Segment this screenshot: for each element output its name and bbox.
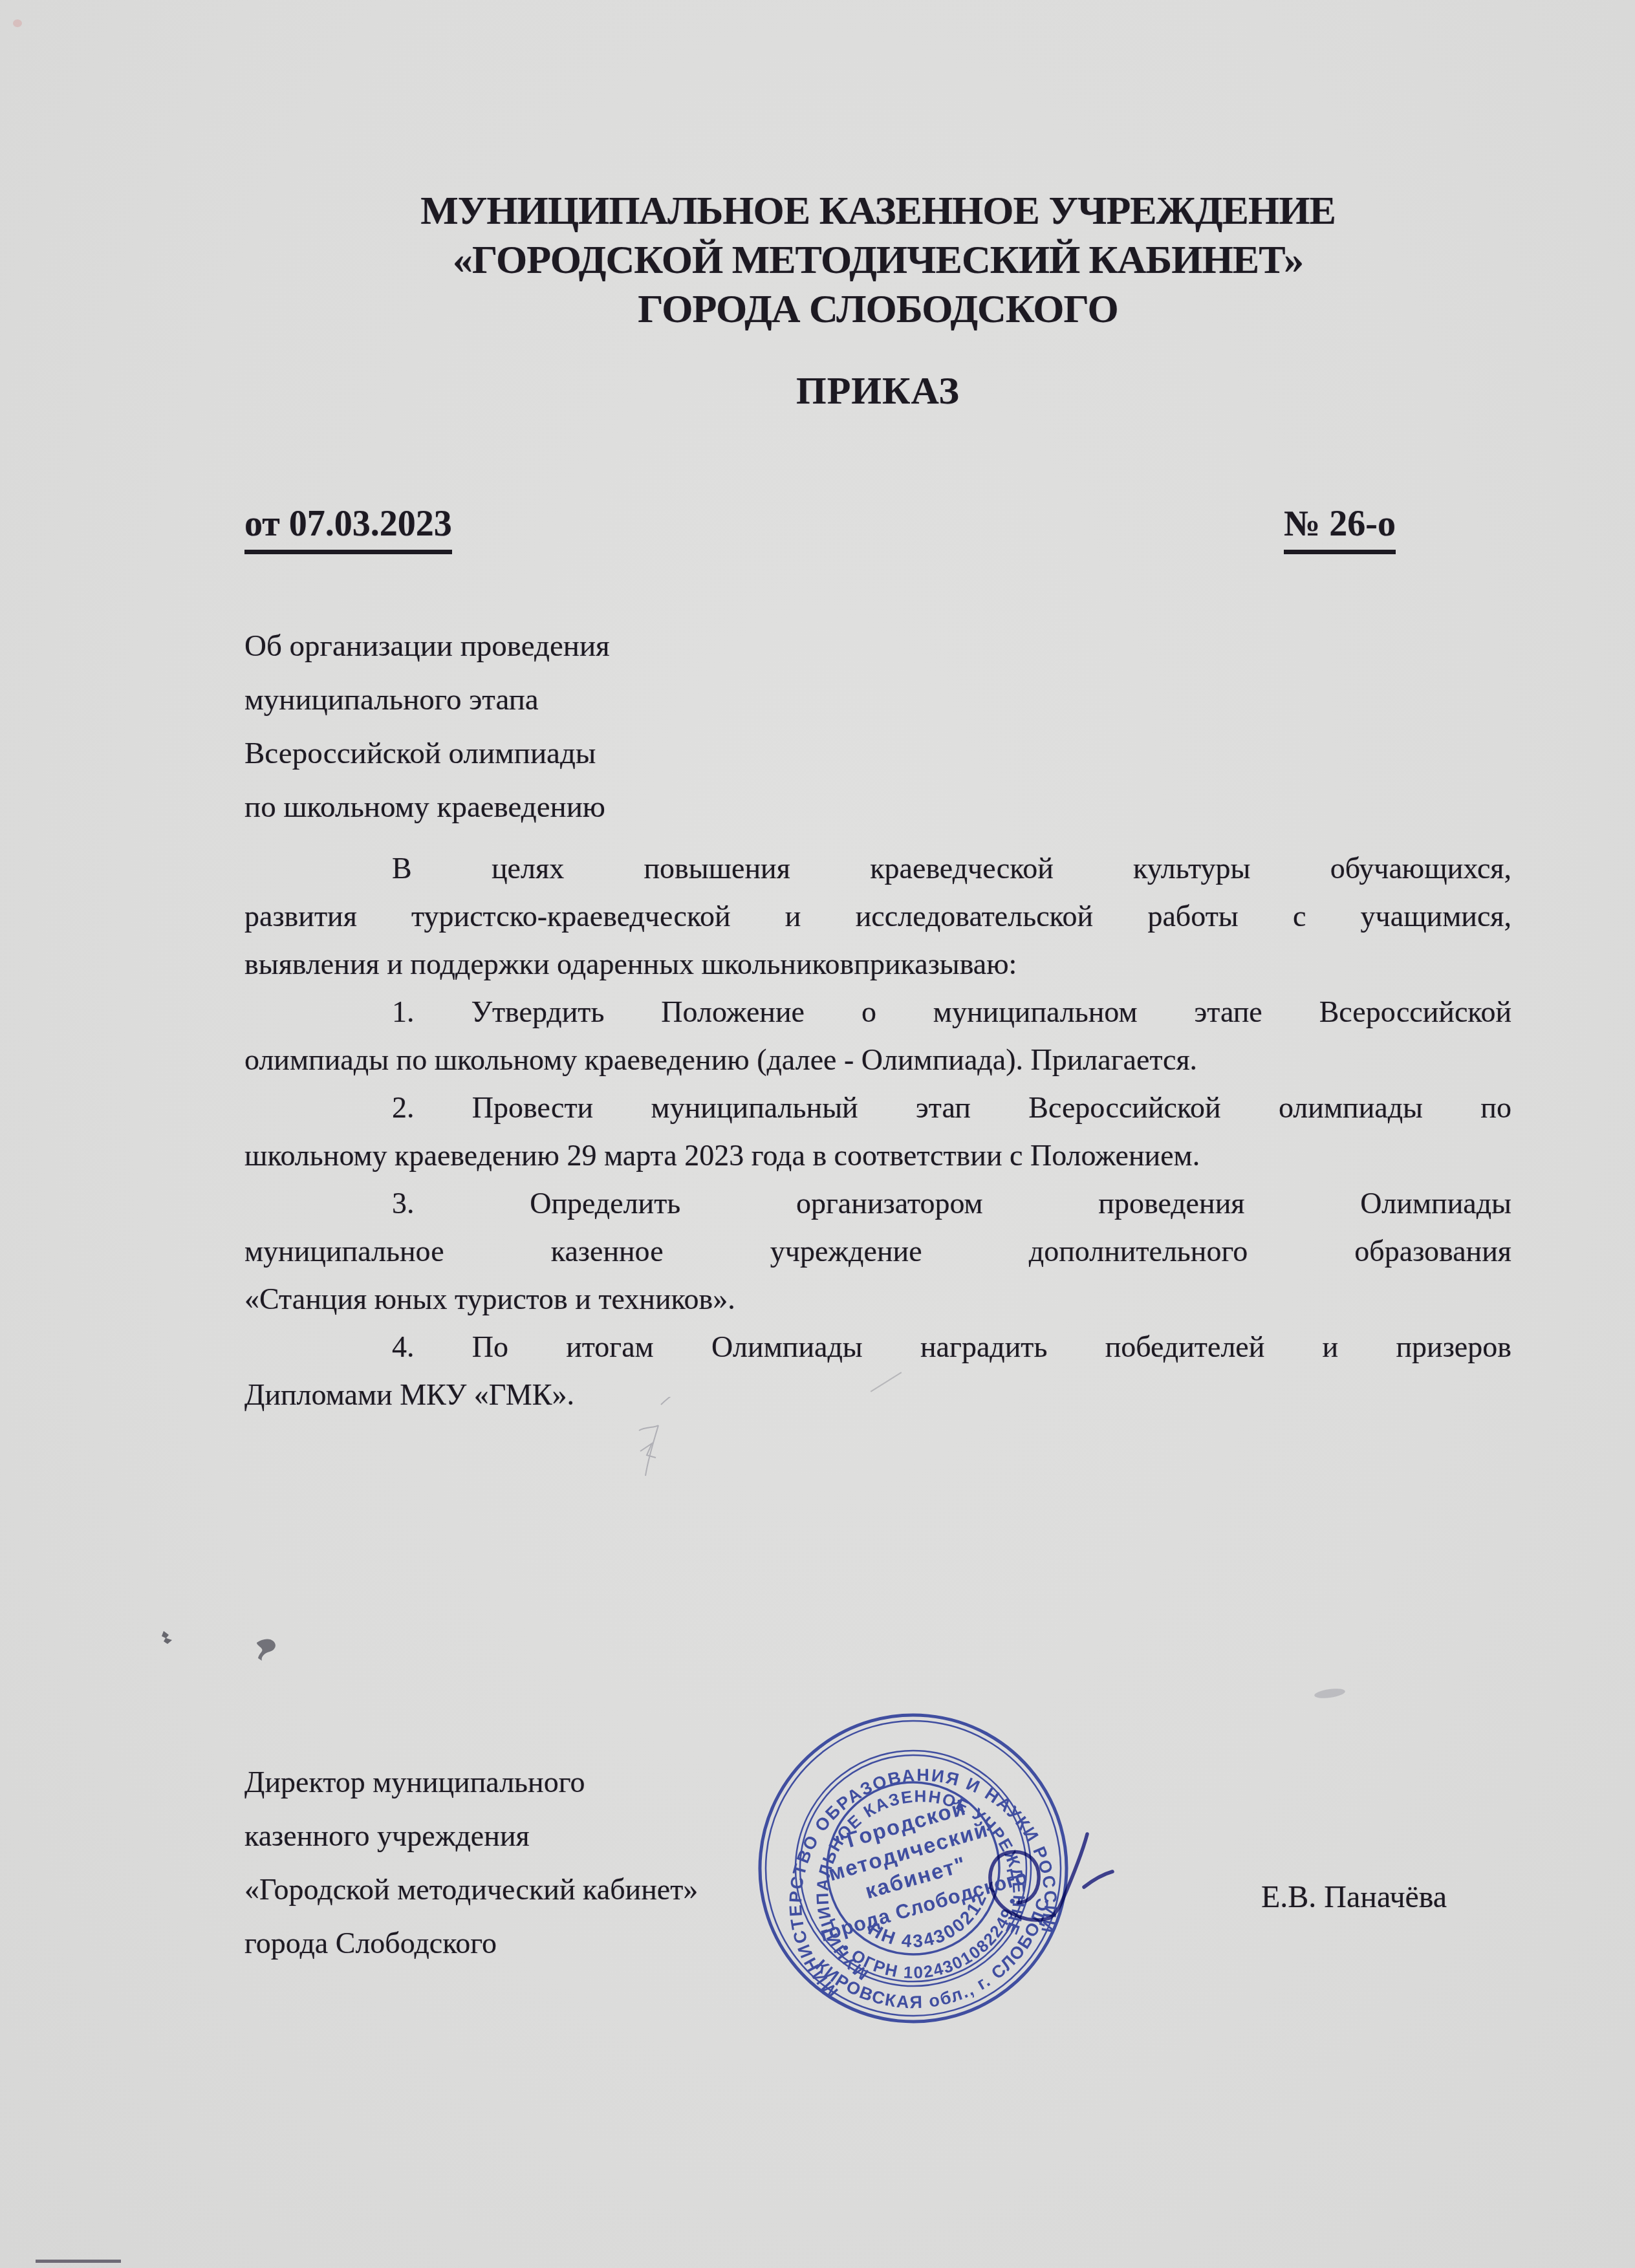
ink-speck-artifact [152,1625,191,1657]
org-name-line3: ГОРОДА СЛОБОДСКОГО [244,285,1511,334]
body-line: В целях повышения краеведческой культуры… [244,845,1511,892]
body-line: муниципальное казенное учреждение дополн… [244,1227,1511,1275]
body-line: 2. Провести муниципальный этап Всероссий… [244,1084,1511,1132]
body-line: развития туристско-краеведческой и иссле… [244,892,1511,940]
organization-header: МУНИЦИПАЛЬНОЕ КАЗЕННОЕ УЧРЕЖДЕНИЕ «ГОРОД… [244,186,1511,334]
order-body: В целях повышения краеведческой культуры… [244,845,1511,1419]
subject-line: Всероссийской олимпиады [244,727,1150,781]
signature-main-stroke [1049,1834,1087,1918]
scan-corner-smudge [13,19,22,27]
scan-edge-artifact [36,2260,121,2263]
body-line: школьному краеведению 29 марта 2023 года… [244,1132,1511,1180]
subject-line: Об организации проведения [244,620,1150,673]
scan-smudge-artifact [1314,1687,1345,1700]
handwritten-signature [951,1804,1145,1947]
ink-speck-artifact [249,1631,288,1667]
order-date: от 07.03.2023 [244,503,452,554]
body-line: олимпиады по школьному краеведению (дале… [244,1036,1511,1084]
order-number-text: № 26-о [1284,503,1396,554]
order-subject: Об организации проведения муниципального… [244,620,1150,834]
scanned-order-document: МУНИЦИПАЛЬНОЕ КАЗЕННОЕ УЧРЕЖДЕНИЕ «ГОРОД… [0,0,1635,2268]
signature-loop-stroke [990,1852,1049,1919]
signature-dash-stroke [1084,1872,1112,1887]
order-date-text: от 07.03.2023 [244,503,452,554]
body-line: 4. По итогам Олимпиады наградить победит… [244,1323,1511,1371]
body-line: выявления и поддержки одаренных школьник… [244,940,1511,988]
signatory-name: Е.В. Паначёва [1261,1879,1447,1915]
pencil-squiggle-artifact [621,1397,679,1494]
body-line: 3. Определить организатором проведения О… [244,1180,1511,1227]
document-type-title: ПРИКАЗ [244,369,1511,413]
body-line: Дипломами МКУ «ГМК». [244,1371,1511,1419]
body-line: «Станция юных туристов и техников». [244,1275,1511,1323]
body-line: 1. Утвердить Положение о муниципальном э… [244,988,1511,1036]
subject-line: муниципального этапа [244,673,1150,727]
subject-line: по школьному краеведению [244,781,1150,834]
order-number: № 26-о [1284,503,1396,554]
org-name-line1: МУНИЦИПАЛЬНОЕ КАЗЕННОЕ УЧРЕЖДЕНИЕ [244,186,1511,235]
org-name-line2: «ГОРОДСКОЙ МЕТОДИЧЕСКИЙ КАБИНЕТ» [244,235,1511,285]
